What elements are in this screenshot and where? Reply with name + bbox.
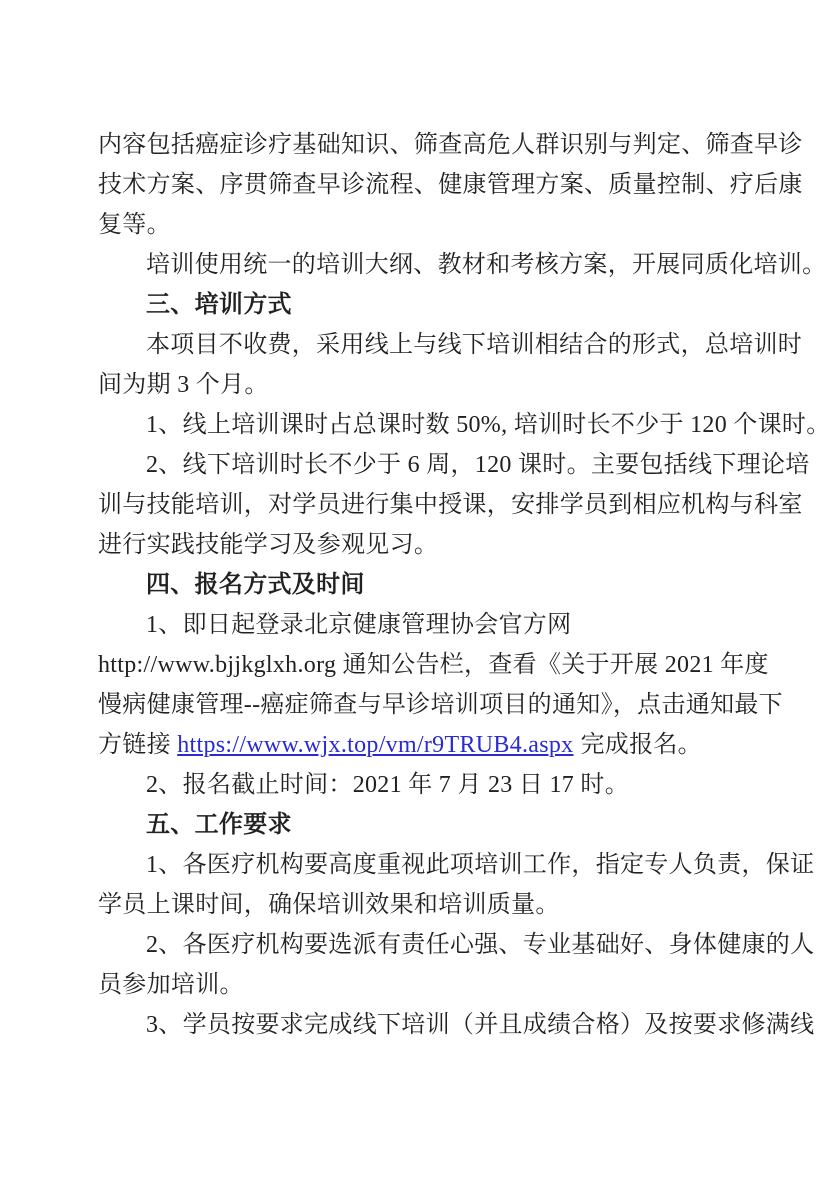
link-prefix-text: 方链接 [98,732,177,758]
official-site-url-line: http://www.bjjkglxh.org 通知公告栏，查看《关于开展 20… [98,645,812,685]
heading-work-requirements: 五、工作要求 [98,805,812,845]
paragraph-line: 训与技能培训，对学员进行集中授课，安排学员到相应机构与科室 [98,485,812,525]
paragraph-line: 内容包括癌症诊疗基础知识、筛查高危人群识别与判定、筛查早诊 [98,125,812,165]
list-item-registration-deadline: 2、报名截止时间：2021 年 7 月 23 日 17 时。 [98,765,812,805]
paragraph-line: 学员上课时间，确保培训效果和培训质量。 [98,885,812,925]
paragraph-line: 慢病健康管理--癌症筛查与早诊培训项目的通知》，点击通知最下 [98,685,812,725]
list-item-registration-site: 1、即日起登录北京健康管理协会官方网 [98,605,812,645]
link-suffix-text: 完成报名。 [580,732,702,758]
paragraph-line: 复等。 [98,205,812,245]
paragraph-line: 进行实践技能学习及参观见习。 [98,525,812,565]
list-item-online-training: 1、线上培训课时占总课时数 50%, 培训时长不少于 120 个课时。 [98,405,812,445]
list-item-requirement-1: 1、各医疗机构要高度重视此项培训工作，指定专人负责，保证 [98,845,812,885]
paragraph-line: 培训使用统一的培训大纲、教材和考核方案，开展同质化培训。 [98,245,812,285]
paragraph-line: 间为期 3 个月。 [98,365,812,405]
paragraph-line: 本项目不收费，采用线上与线下培训相结合的形式，总培训时 [98,325,812,365]
list-item-requirement-3: 3、学员按要求完成线下培训（并且成绩合格）及按要求修满线 [98,1005,812,1045]
registration-form-link[interactable]: https://www.wjx.top/vm/r9TRUB4.aspx [177,732,573,758]
document-page: 内容包括癌症诊疗基础知识、筛查高危人群识别与判定、筛查早诊 技术方案、序贯筛查早… [0,0,840,1188]
registration-link-line: 方链接 https://www.wjx.top/vm/r9TRUB4.aspx完… [98,725,812,765]
list-item-requirement-2: 2、各医疗机构要选派有责任心强、专业基础好、身体健康的人 [98,925,812,965]
heading-training-method: 三、培训方式 [98,285,812,325]
paragraph-line: 员参加培训。 [98,965,812,1005]
paragraph-line: 技术方案、序贯筛查早诊流程、健康管理方案、质量控制、疗后康 [98,165,812,205]
heading-registration: 四、报名方式及时间 [98,565,812,605]
list-item-offline-training: 2、线下培训时长不少于 6 周，120 课时。主要包括线下理论培 [98,445,812,485]
document-body: 内容包括癌症诊疗基础知识、筛查高危人群识别与判定、筛查早诊 技术方案、序贯筛查早… [98,125,812,1045]
